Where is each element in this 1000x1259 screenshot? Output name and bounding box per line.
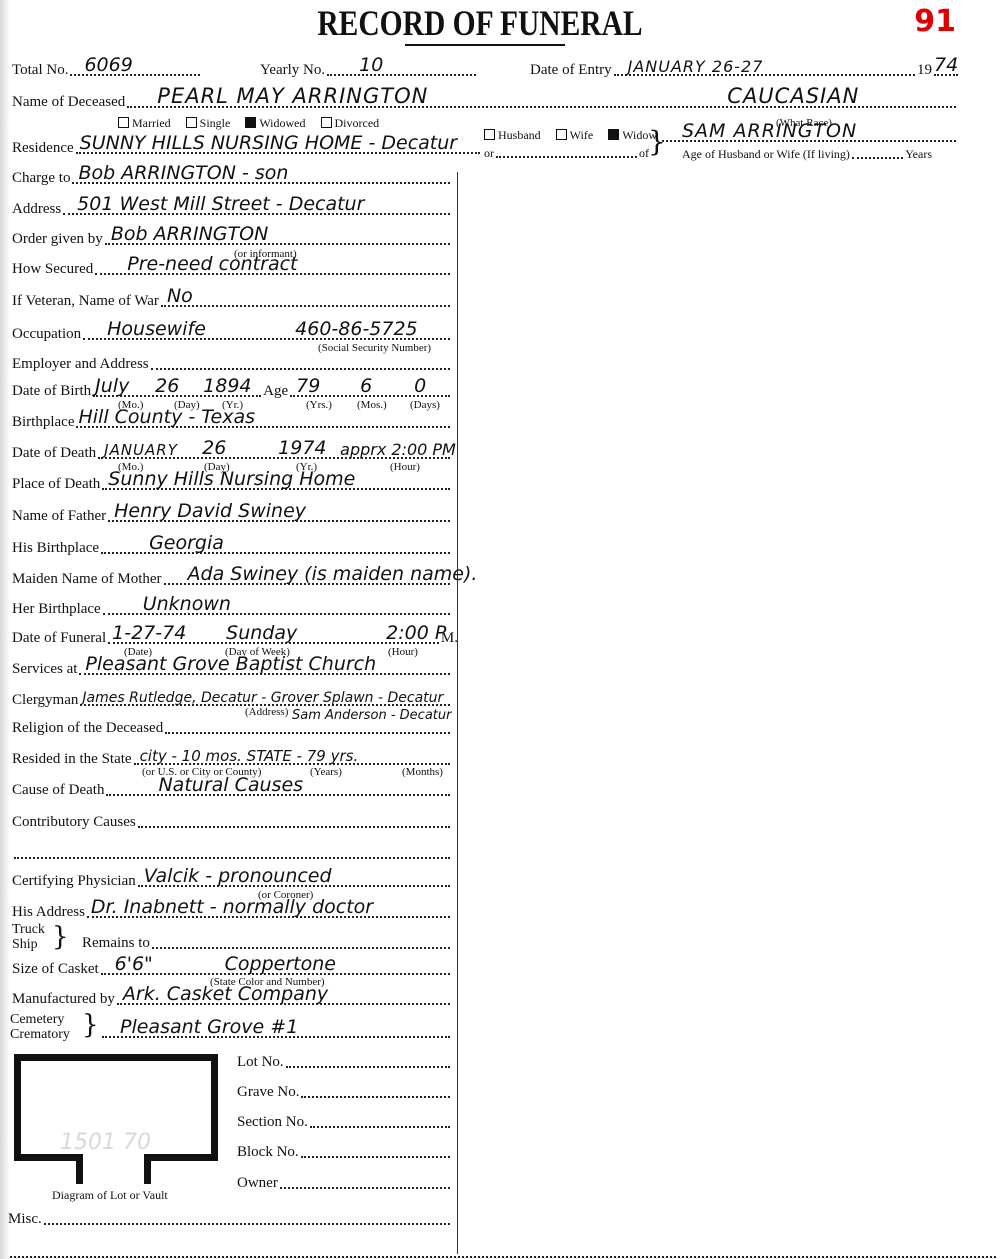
cemetery-label: Cemetery	[10, 1012, 70, 1027]
his-address-row: His Address Dr. Inabnett - normally doct…	[12, 902, 452, 921]
or-of-line: or of	[484, 146, 649, 161]
age-days: 0	[414, 375, 426, 397]
funeral-hour-caption: (Hour)	[388, 646, 418, 658]
cemetery-value: Pleasant Grove #1	[120, 1016, 298, 1038]
marital-status-group: Married Single Widowed Divorced	[118, 116, 391, 131]
address-label: Address	[12, 201, 61, 218]
clergyman-address-caption: (Address)	[245, 706, 288, 718]
name-of-deceased-line: PEARL MAY ARRINGTON CAUCASIAN	[127, 92, 956, 108]
block-no-row: Block No.	[237, 1142, 452, 1161]
veteran-row: If Veteran, Name of War No	[12, 291, 452, 310]
total-no-line: 6069	[70, 60, 200, 76]
date-of-funeral-label: Date of Funeral	[12, 630, 106, 647]
employer-label: Employer and Address	[12, 356, 149, 373]
brace-icon: }	[52, 924, 69, 950]
dob-year: 1894	[203, 375, 251, 397]
casket-line: 6'6" Coppertone	[101, 959, 450, 975]
spouse-age-line	[852, 147, 903, 159]
manufactured-by-label: Manufactured by	[12, 991, 115, 1008]
checkbox-divorced[interactable]	[321, 117, 332, 128]
birthplace-value: Hill County - Texas	[78, 406, 255, 428]
address-value: 501 West Mill Street - Decatur	[77, 193, 364, 215]
vault-wall-left	[14, 1154, 83, 1161]
truck-label: Truck	[12, 922, 45, 937]
deceased-name-value: PEARL MAY ARRINGTON	[157, 84, 428, 108]
dod-month: JANUARY	[104, 441, 178, 459]
birthplace-row: Birthplace Hill County - Texas	[12, 412, 452, 431]
his-birthplace-label: His Birthplace	[12, 540, 99, 557]
how-secured-line: Pre-need contract	[95, 259, 450, 275]
spouse-name-value: SAM ARRINGTON	[682, 120, 857, 142]
contributory-line-2	[14, 843, 450, 859]
cause-of-death-label: Cause of Death	[12, 782, 104, 799]
casket-size-value: 6'6"	[115, 953, 153, 975]
ssn-caption: (Social Security Number)	[318, 342, 431, 354]
spouse-age-unit: Years	[905, 147, 932, 162]
physician-row: Certifying Physician Valcik - pronounced	[12, 871, 452, 890]
faint-bleedthrough-text: 1501 70	[60, 1130, 151, 1155]
address-row: Address 501 West Mill Street - Decatur	[12, 199, 452, 218]
occupation-row: Occupation Housewife 460-86-5725	[12, 324, 452, 343]
funeral-line: 1-27-74 Sunday 2:00 P	[108, 628, 439, 644]
physician-label: Certifying Physician	[12, 873, 136, 890]
place-of-death-row: Place of Death Sunny Hills Nursing Home	[12, 474, 452, 493]
checkbox-single[interactable]	[186, 117, 197, 128]
grave-no-line	[301, 1082, 450, 1098]
father-value: Henry David Swiney	[114, 500, 306, 522]
date-of-birth-row: Date of Birth July 26 1894 Age 79 6 0	[12, 381, 452, 400]
clergyman-label: Clergyman	[12, 692, 78, 709]
occupation-value: Housewife	[107, 318, 206, 340]
services-at-value: Pleasant Grove Baptist Church	[85, 653, 376, 675]
mother-line: Ada Swiney (is maiden name).	[164, 569, 450, 585]
lot-no-line	[286, 1052, 450, 1068]
her-birthplace-line: Unknown	[103, 599, 450, 615]
page-title: RECORD OF FUNERAL	[86, 2, 873, 44]
misc-label: Misc.	[8, 1211, 42, 1228]
age-days-caption: (Days)	[410, 399, 440, 411]
order-given-by-value: Bob ARRINGTON	[111, 223, 268, 245]
name-of-deceased-label: Name of Deceased	[12, 94, 125, 111]
services-at-label: Services at	[12, 661, 77, 678]
her-birthplace-label: Her Birthplace	[12, 601, 101, 618]
casket-color-value: Coppertone	[225, 953, 336, 975]
date-of-entry-line: JANUARY 26-27	[614, 60, 915, 76]
residence-value: SUNNY HILLS NURSING HOME - Decatur	[80, 132, 457, 154]
date-of-entry-row: Date of Entry JANUARY 26-27 19 74	[530, 60, 960, 79]
contributory-line	[138, 812, 450, 828]
misc-line	[44, 1209, 450, 1225]
his-address-value: Dr. Inabnett - normally doctor	[91, 896, 373, 918]
page-edge-shadow	[0, 0, 10, 1259]
casket-size-label: Size of Casket	[12, 961, 99, 978]
religion-line	[165, 718, 450, 734]
address-line: 501 West Mill Street - Decatur	[63, 199, 450, 215]
clergyman-row: Clergyman James Rutledge, Decatur - Grov…	[12, 690, 452, 709]
funeral-day-of-week: Sunday	[226, 622, 297, 644]
checkbox-widowed-checked[interactable]	[245, 117, 256, 128]
father-line: Henry David Swiney	[108, 506, 450, 522]
date-of-entry-label: Date of Entry	[530, 62, 612, 79]
ship-label: Ship	[12, 937, 45, 952]
date-of-death-label: Date of Death	[12, 445, 96, 462]
dod-line: JANUARY 26 1974 apprx 2:00 PM	[98, 443, 450, 459]
grave-no-row: Grave No.	[237, 1082, 452, 1101]
cause-of-death-line: Natural Causes	[106, 780, 450, 796]
total-no-value: 6069	[84, 54, 132, 76]
how-secured-label: How Secured	[12, 261, 93, 278]
father-row: Name of Father Henry David Swiney	[12, 506, 452, 525]
yearly-no-value: 10	[359, 54, 383, 76]
his-address-label: His Address	[12, 904, 85, 921]
cause-of-death-row: Cause of Death Natural Causes	[12, 780, 452, 799]
birthplace-line: Hill County - Texas	[76, 412, 450, 428]
occupation-label: Occupation	[12, 326, 81, 343]
spouse-relation-group: Husband Wife Widow	[484, 128, 657, 143]
spouse-name-line: SAM ARRINGTON	[662, 126, 956, 142]
resided-label: Resided in the State	[12, 751, 132, 768]
lot-no-row: Lot No.	[237, 1052, 452, 1071]
physician-value: Valcik - pronounced	[144, 865, 332, 887]
his-birthplace-value: Georgia	[149, 532, 224, 554]
cemetery-crematory-label: Cemetery Crematory	[10, 1012, 70, 1042]
residence-line: SUNNY HILLS NURSING HOME - Decatur	[76, 138, 480, 154]
place-of-death-line: Sunny Hills Nursing Home	[102, 474, 450, 490]
bottom-line-row	[8, 1242, 998, 1259]
employer-line	[151, 354, 450, 370]
marital-option-divorced[interactable]: Divorced	[321, 116, 380, 130]
place-of-death-label: Place of Death	[12, 476, 100, 493]
dob-month: July	[95, 375, 129, 397]
cemetery-row: Pleasant Grove #1	[100, 1022, 452, 1041]
age-label: Age	[263, 383, 288, 400]
total-no-label: Total No.	[12, 62, 68, 79]
remains-to-row: Remains to	[82, 933, 452, 952]
charge-to-value: Bob ARRINGTON - son	[78, 162, 288, 184]
her-birthplace-row: Her Birthplace Unknown	[12, 599, 452, 618]
religion-row: Religion of the Deceased	[12, 718, 452, 737]
remains-to-line	[152, 933, 450, 949]
dob-day: 26	[155, 375, 179, 397]
or-label: or	[484, 146, 494, 161]
spouse-name-row: SAM ARRINGTON	[660, 126, 958, 145]
relation-option-wife[interactable]: Wife	[556, 128, 594, 142]
dod-hour: apprx 2:00 PM	[340, 440, 456, 459]
block-no-line	[301, 1142, 450, 1158]
or-of-dots	[496, 146, 637, 158]
owner-row: Owner	[237, 1173, 452, 1192]
resided-value: city - 10 mos. STATE - 79 yrs.	[140, 747, 359, 765]
cause-of-death-value: Natural Causes	[158, 774, 303, 796]
place-of-death-value: Sunny Hills Nursing Home	[108, 468, 355, 490]
lot-no-label: Lot No.	[237, 1054, 284, 1071]
veteran-value: No	[167, 285, 193, 307]
clergyman-value: James Rutledge, Decatur - Grover Splawn …	[82, 690, 443, 706]
funeral-hour: 2:00 P	[386, 622, 446, 644]
dod-day: 26	[202, 437, 226, 459]
manufactured-by-value: Ark. Casket Company	[123, 983, 328, 1005]
year-prefix: 19	[917, 62, 932, 79]
section-no-row: Section No.	[237, 1112, 452, 1131]
diagram-caption: Diagram of Lot or Vault	[52, 1188, 168, 1203]
age-months: 6	[360, 375, 372, 397]
veteran-label: If Veteran, Name of War	[12, 293, 159, 310]
block-no-label: Block No.	[237, 1144, 299, 1161]
bottom-dotted-line	[10, 1242, 996, 1258]
brace-icon: }	[82, 1012, 99, 1038]
services-at-row: Services at Pleasant Grove Baptist Churc…	[12, 659, 452, 678]
spouse-age-label: Age of Husband or Wife (If living)	[682, 147, 850, 162]
how-secured-row: How Secured Pre-need contract	[12, 259, 452, 278]
occupation-line: Housewife 460-86-5725	[83, 324, 450, 340]
vault-wall-right	[144, 1154, 211, 1161]
mother-value: Ada Swiney (is maiden name).	[188, 563, 478, 585]
birthplace-label: Birthplace	[12, 414, 74, 431]
order-given-by-label: Order given by	[12, 231, 103, 248]
marital-option-widowed[interactable]: Widowed	[245, 116, 305, 130]
mother-label: Maiden Name of Mother	[12, 571, 162, 588]
grave-no-label: Grave No.	[237, 1084, 299, 1101]
relation-option-husband[interactable]: Husband	[484, 128, 541, 142]
section-no-label: Section No.	[237, 1114, 308, 1131]
dob-line: July 26 1894	[93, 381, 261, 397]
vault-leg-right	[144, 1154, 151, 1184]
marital-option-married[interactable]: Married	[118, 116, 171, 130]
age-line: 79 6 0	[290, 381, 450, 397]
cemetery-line: Pleasant Grove #1	[102, 1022, 450, 1038]
manufactured-by-line: Ark. Casket Company	[117, 989, 450, 1005]
residence-row: Residence SUNNY HILLS NURSING HOME - Dec…	[12, 138, 482, 157]
crematory-label: Crematory	[10, 1027, 70, 1042]
resided-years-caption: (Years)	[310, 766, 342, 778]
date-of-death-row: Date of Death JANUARY 26 1974 apprx 2:00…	[12, 443, 452, 462]
page-number: 91	[914, 4, 956, 39]
order-given-by-line: Bob ARRINGTON	[105, 229, 450, 245]
contributory-row-2	[12, 843, 452, 862]
employer-row: Employer and Address	[12, 354, 452, 373]
her-birthplace-value: Unknown	[143, 593, 231, 615]
owner-label: Owner	[237, 1175, 278, 1192]
truck-ship-label: Truck Ship	[12, 922, 45, 952]
dod-hour-caption: (Hour)	[390, 461, 420, 473]
charge-to-row: Charge to Bob ARRINGTON - son	[12, 168, 452, 187]
father-label: Name of Father	[12, 508, 106, 525]
checkbox-widow-checked[interactable]	[608, 129, 619, 140]
date-of-birth-label: Date of Birth	[12, 383, 91, 400]
resided-line: city - 10 mos. STATE - 79 yrs.	[134, 749, 450, 765]
charge-to-label: Charge to	[12, 170, 70, 187]
physician-line: Valcik - pronounced	[138, 871, 450, 887]
name-of-deceased-row: Name of Deceased PEARL MAY ARRINGTON CAU…	[12, 92, 958, 111]
his-birthplace-row: His Birthplace Georgia	[12, 538, 452, 557]
yearly-no-row: Yearly No. 10	[260, 60, 478, 79]
remains-to-label: Remains to	[82, 935, 150, 952]
yearly-no-label: Yearly No.	[260, 62, 325, 79]
funeral-date: 1-27-74	[112, 622, 186, 644]
date-of-entry-value: JANUARY 26-27	[628, 57, 764, 76]
veteran-line: No	[161, 291, 450, 307]
age-months-caption: (Mos.)	[357, 399, 387, 411]
checkbox-wife[interactable]	[556, 129, 567, 140]
contributory-label: Contributory Causes	[12, 814, 136, 831]
contributory-row: Contributory Causes	[12, 812, 452, 831]
ssn-value: 460-86-5725	[295, 318, 418, 340]
checkbox-husband[interactable]	[484, 129, 495, 140]
his-address-line: Dr. Inabnett - normally doctor	[87, 902, 450, 918]
manufactured-by-row: Manufactured by Ark. Casket Company	[12, 989, 452, 1008]
misc-row: Misc.	[8, 1209, 452, 1228]
dod-year: 1974	[278, 437, 326, 459]
charge-to-line: Bob ARRINGTON - son	[72, 168, 450, 184]
age-years: 79	[296, 375, 320, 397]
yearly-no-line: 10	[327, 60, 476, 76]
resided-months-caption: (Months)	[402, 766, 443, 778]
residence-label: Residence	[12, 140, 74, 157]
services-at-line: Pleasant Grove Baptist Church	[79, 659, 450, 675]
age-years-caption: (Yrs.)	[306, 399, 332, 411]
mother-row: Maiden Name of Mother Ada Swiney (is mai…	[12, 569, 452, 588]
clergyman-line: James Rutledge, Decatur - Grover Splawn …	[80, 690, 450, 706]
column-divider	[457, 172, 458, 1254]
checkbox-married[interactable]	[118, 117, 129, 128]
order-given-by-row: Order given by Bob ARRINGTON	[12, 229, 452, 248]
spouse-age-row: Age of Husband or Wife (If living) Years	[682, 147, 932, 162]
vault-leg-left	[76, 1154, 83, 1184]
year-line: 74	[934, 60, 958, 76]
title-underline	[405, 44, 565, 46]
how-secured-value: Pre-need contract	[127, 253, 297, 275]
date-of-funeral-row: Date of Funeral 1-27-74 Sunday 2:00 P M.	[12, 628, 458, 647]
section-no-line	[310, 1112, 450, 1128]
owner-line	[280, 1173, 450, 1189]
his-birthplace-line: Georgia	[101, 538, 450, 554]
year-value: 74	[934, 54, 958, 76]
marital-option-single[interactable]: Single	[186, 116, 231, 130]
total-no-row: Total No. 6069	[12, 60, 202, 79]
race-value: CAUCASIAN	[727, 84, 859, 108]
religion-label: Religion of the Deceased	[12, 720, 163, 737]
